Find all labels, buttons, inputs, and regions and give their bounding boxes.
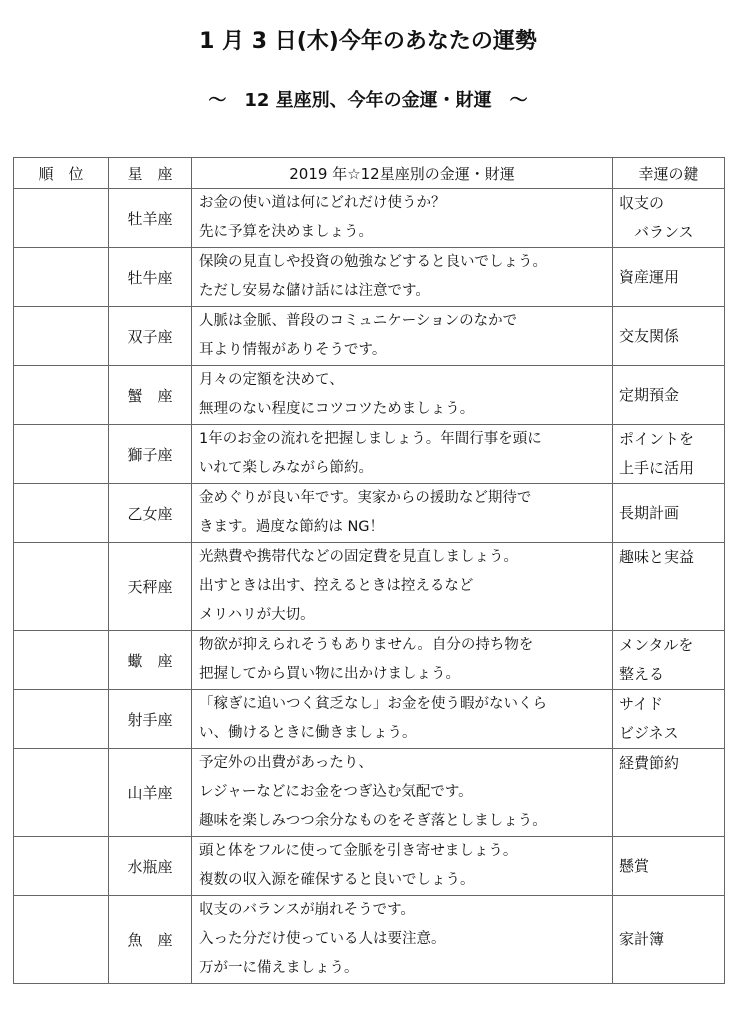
zodiac-sign-cell: 水瓶座 [109, 837, 192, 896]
zodiac-sign-cell: 獅子座 [109, 425, 192, 484]
lucky-key-line: 経費節約 [619, 749, 724, 778]
table-row: 蠍 座物欲が抑えられそうもありません。自分の持ち物を把握してから買い物に出かけま… [14, 631, 725, 690]
fortune-text-cell: 1年のお金の流れを把握しましょう。年間行事を頭にいれて楽しみながら節約。 [192, 425, 613, 484]
zodiac-sign-cell: 牡羊座 [109, 189, 192, 248]
lucky-key-cell: 定期預金 [613, 366, 725, 425]
table-row: 双子座人脈は金脈、普段のコミュニケーションのなかで耳より情報がありそうです。交友… [14, 307, 725, 366]
zodiac-sign-cell: 双子座 [109, 307, 192, 366]
lucky-key-cell: 交友関係 [613, 307, 725, 366]
fortune-line: メリハリが大切。 [199, 601, 612, 630]
zodiac-sign-cell: 乙女座 [109, 484, 192, 543]
table-row: 牡牛座保険の見直しや投資の勉強などすると良いでしょう。ただし安易な儲け話には注意… [14, 248, 725, 307]
lucky-key-line: 趣味と実益 [619, 543, 724, 572]
fortune-text-cell: 人脈は金脈、普段のコミュニケーションのなかで耳より情報がありそうです。 [192, 307, 613, 366]
lucky-key-line: ビジネス [619, 719, 724, 748]
fortune-line: 趣味を楽しみつつ余分なものをそぎ落としましょう。 [199, 807, 612, 836]
fortune-line: いれて楽しみながら節約。 [199, 454, 612, 483]
fortune-line: 1年のお金の流れを把握しましょう。年間行事を頭に [199, 425, 612, 454]
table-row: 獅子座1年のお金の流れを把握しましょう。年間行事を頭にいれて楽しみながら節約。ポ… [14, 425, 725, 484]
zodiac-sign-cell: 天秤座 [109, 543, 192, 631]
fortune-text-cell: 収支のバランスが崩れそうです。入った分だけ使っている人は要注意。万が一に備えまし… [192, 896, 613, 984]
lucky-key-line: 整える [619, 660, 724, 689]
table-row: 天秤座光熱費や携帯代などの固定費を見直しましょう。出すときは出す、控えるときは控… [14, 543, 725, 631]
lucky-key-line: 定期預金 [619, 381, 724, 410]
fortune-text-cell: 物欲が抑えられそうもありません。自分の持ち物を把握してから買い物に出かけましょう… [192, 631, 613, 690]
fortune-line: 万が一に備えましょう。 [199, 954, 612, 983]
fortune-text-cell: 頭と体をフルに使って金脈を引き寄せましょう。複数の収入源を確保すると良いでしょう… [192, 837, 613, 896]
rank-cell [14, 837, 109, 896]
rank-cell [14, 366, 109, 425]
lucky-key-cell: ポイントを上手に活用 [613, 425, 725, 484]
header-rank: 順 位 [14, 158, 109, 189]
table-row: 蟹 座月々の定額を決めて、無理のない程度にコツコツためましょう。定期預金 [14, 366, 725, 425]
fortune-text-cell: お金の使い道は何にどれだけ使うか？先に予算を決めましょう。 [192, 189, 613, 248]
zodiac-sign-cell: 魚 座 [109, 896, 192, 984]
zodiac-sign-cell: 牡牛座 [109, 248, 192, 307]
rank-cell [14, 307, 109, 366]
zodiac-sign-cell: 射手座 [109, 690, 192, 749]
rank-cell [14, 248, 109, 307]
lucky-key-cell: 家計簿 [613, 896, 725, 984]
fortune-text-cell: 光熱費や携帯代などの固定費を見直しましょう。出すときは出す、控えるときは控えるな… [192, 543, 613, 631]
fortune-line: ただし安易な儲け話には注意です。 [199, 277, 612, 306]
fortune-line: 耳より情報がありそうです。 [199, 336, 612, 365]
rank-cell [14, 690, 109, 749]
lucky-key-line: メンタルを [619, 631, 724, 660]
fortune-line: 収支のバランスが崩れそうです。 [199, 896, 612, 925]
rank-cell [14, 896, 109, 984]
horoscope-table: 順 位 星 座 2019 年☆12星座別の金運・財運 幸運の鍵 牡羊座お金の使い… [13, 157, 725, 984]
lucky-key-line: 収支の [619, 189, 724, 218]
lucky-key-cell: 資産運用 [613, 248, 725, 307]
fortune-line: お金の使い道は何にどれだけ使うか？ [199, 189, 612, 218]
fortune-line: 出すときは出す、控えるときは控えるなど [199, 572, 612, 601]
rank-cell [14, 749, 109, 837]
fortune-line: 光熱費や携帯代などの固定費を見直しましょう。 [199, 543, 612, 572]
rank-cell [14, 631, 109, 690]
rank-cell [14, 484, 109, 543]
fortune-line: 頭と体をフルに使って金脈を引き寄せましょう。 [199, 837, 612, 866]
lucky-key-line: 上手に活用 [619, 454, 724, 483]
fortune-line: 物欲が抑えられそうもありません。自分の持ち物を [199, 631, 612, 660]
header-fortune: 2019 年☆12星座別の金運・財運 [192, 158, 613, 189]
fortune-line: 先に予算を決めましょう。 [199, 218, 612, 247]
lucky-key-line: 家計簿 [619, 925, 724, 954]
zodiac-sign-cell: 蠍 座 [109, 631, 192, 690]
page-subtitle: ～ 12 星座別、今年の金運・財運 ～ [0, 86, 736, 112]
fortune-text-cell: 予定外の出費があったり、レジャーなどにお金をつぎ込む気配です。趣味を楽しみつつ余… [192, 749, 613, 837]
lucky-key-line: 長期計画 [619, 499, 724, 528]
header-lucky-key: 幸運の鍵 [613, 158, 725, 189]
lucky-key-line: 懸賞 [619, 852, 724, 881]
fortune-text-cell: 月々の定額を決めて、無理のない程度にコツコツためましょう。 [192, 366, 613, 425]
fortune-line: 月々の定額を決めて、 [199, 366, 612, 395]
table-row: 水瓶座頭と体をフルに使って金脈を引き寄せましょう。複数の収入源を確保すると良いで… [14, 837, 725, 896]
fortune-line: 入った分だけ使っている人は要注意。 [199, 925, 612, 954]
fortune-line: 複数の収入源を確保すると良いでしょう。 [199, 866, 612, 895]
lucky-key-cell: 長期計画 [613, 484, 725, 543]
lucky-key-cell: 趣味と実益 [613, 543, 725, 631]
fortune-line: 金めぐりが良い年です。実家からの援助など期待で [199, 484, 612, 513]
zodiac-sign-cell: 蟹 座 [109, 366, 192, 425]
rank-cell [14, 425, 109, 484]
fortune-text-cell: 「稼ぎに追いつく貧乏なし」お金を使う暇がないくらい、働けるときに働きましょう。 [192, 690, 613, 749]
table-header-row: 順 位 星 座 2019 年☆12星座別の金運・財運 幸運の鍵 [14, 158, 725, 189]
table-row: 牡羊座お金の使い道は何にどれだけ使うか？先に予算を決めましょう。収支の バランス [14, 189, 725, 248]
lucky-key-line: 交友関係 [619, 322, 724, 351]
fortune-line: きます。過度な節約は NG！ [199, 513, 612, 542]
fortune-line: 「稼ぎに追いつく貧乏なし」お金を使う暇がないくら [199, 690, 612, 719]
fortune-line: レジャーなどにお金をつぎ込む気配です。 [199, 778, 612, 807]
rank-cell [14, 543, 109, 631]
fortune-line: 保険の見直しや投資の勉強などすると良いでしょう。 [199, 248, 612, 277]
fortune-line: い、働けるときに働きましょう。 [199, 719, 612, 748]
lucky-key-line: バランス [619, 218, 724, 247]
page-title: 1 月 3 日(木)今年のあなたの運勢 [0, 24, 736, 55]
lucky-key-cell: 懸賞 [613, 837, 725, 896]
table-row: 乙女座金めぐりが良い年です。実家からの援助など期待できます。過度な節約は NG！… [14, 484, 725, 543]
fortune-line: 把握してから買い物に出かけましょう。 [199, 660, 612, 689]
table-row: 魚 座収支のバランスが崩れそうです。入った分だけ使っている人は要注意。万が一に備… [14, 896, 725, 984]
lucky-key-line: 資産運用 [619, 263, 724, 292]
fortune-line: 予定外の出費があったり、 [199, 749, 612, 778]
fortune-text-cell: 金めぐりが良い年です。実家からの援助など期待できます。過度な節約は NG！ [192, 484, 613, 543]
table-row: 射手座「稼ぎに追いつく貧乏なし」お金を使う暇がないくらい、働けるときに働きましょ… [14, 690, 725, 749]
lucky-key-cell: 収支の バランス [613, 189, 725, 248]
table-row: 山羊座予定外の出費があったり、レジャーなどにお金をつぎ込む気配です。趣味を楽しみ… [14, 749, 725, 837]
fortune-line: 無理のない程度にコツコツためましょう。 [199, 395, 612, 424]
lucky-key-cell: メンタルを整える [613, 631, 725, 690]
header-sign: 星 座 [109, 158, 192, 189]
zodiac-sign-cell: 山羊座 [109, 749, 192, 837]
lucky-key-line: サイド [619, 690, 724, 719]
rank-cell [14, 189, 109, 248]
fortune-line: 人脈は金脈、普段のコミュニケーションのなかで [199, 307, 612, 336]
fortune-text-cell: 保険の見直しや投資の勉強などすると良いでしょう。ただし安易な儲け話には注意です。 [192, 248, 613, 307]
lucky-key-cell: 経費節約 [613, 749, 725, 837]
lucky-key-cell: サイドビジネス [613, 690, 725, 749]
lucky-key-line: ポイントを [619, 425, 724, 454]
